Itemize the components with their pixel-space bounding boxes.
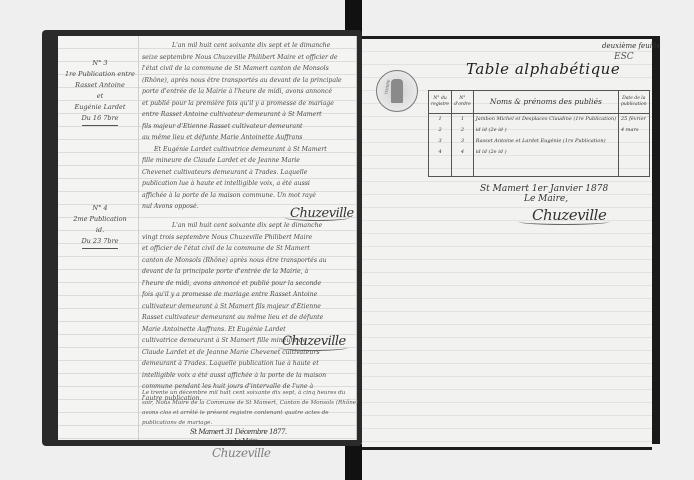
cell-date: 25 février: [619, 114, 650, 126]
text-line: Et Eugénie Lardet cultivatrice demeurant…: [142, 144, 350, 156]
publication-type: 1re Publication entre: [62, 69, 138, 80]
seal-figure: [391, 79, 403, 103]
publication-type: 2me Publication: [62, 214, 138, 225]
margin-rule: [138, 36, 139, 440]
text-line: porte d'entrée de la Mairie à l'heure de…: [142, 86, 350, 98]
empty-cell: [429, 158, 452, 177]
entry-number: N° 3: [62, 58, 138, 69]
text-line: seize septembre Nous Chuzeville Philiber…: [142, 52, 350, 64]
text-line: vingt trois septembre Nous Chuzeville Ph…: [142, 232, 350, 244]
text-line: fils majeur d'Etienne Rasset cultivateur…: [142, 121, 350, 133]
cell-date: 4 mars: [619, 125, 650, 136]
closing-place-date: St Mamert 31 Décembre 1877.: [190, 428, 287, 436]
text-line: L'an mil huit cent soixante dix sept et …: [142, 40, 350, 52]
cell-names: Rasset Antoine et Lardet Eugénie (1re Pu…: [473, 136, 618, 147]
text-line: l'état civil de la commune de St Mamert …: [142, 63, 350, 75]
cell-register-number: 3: [429, 136, 452, 147]
text-line: demeurant à Trades. Laquelle publication…: [142, 358, 350, 370]
text-line: et officier de l'état civil de la commun…: [142, 243, 350, 255]
cell-order-number: 2: [452, 125, 474, 136]
table-row-empty: [429, 158, 650, 177]
text-line: devant de la principale porte d'entrée d…: [142, 266, 350, 278]
closing-mayor-title: Le Maire,: [234, 438, 259, 445]
table-row: 3 3 Rasset Antoine et Lardet Eugénie (1r…: [429, 136, 650, 147]
text-line: Chevenet cultivateurs demeurant à Trades…: [142, 167, 350, 179]
cell-date: [619, 147, 650, 158]
alphabetical-index-table: N° du registre N° d'ordre Noms & prénoms…: [428, 90, 650, 177]
publication-date: Du 16 7bre: [62, 113, 138, 124]
header-register-number: N° du registre: [429, 91, 452, 114]
cell-register-number: 4: [429, 147, 452, 158]
bride-name: Eugénie Lardet: [62, 102, 138, 113]
text-line: l'heure de midi, avons annoncé et publié…: [142, 278, 350, 290]
text-line: cultivateur demeurant à St Mamert fils m…: [142, 301, 350, 313]
text-line: entre Rasset Antoine cultivateur demeura…: [142, 109, 350, 121]
empty-cell: [619, 158, 650, 177]
text-line: affichée à la porte de la maison commune…: [142, 190, 350, 202]
cell-names: id id (2e id ): [473, 125, 618, 136]
table-row: 2 2 id id (2e id ) 4 mars: [429, 125, 650, 136]
same-parties: id.: [62, 225, 138, 236]
tax-stamp-seal-icon: TIMBRE: [376, 70, 418, 112]
seal-label: TIMBRE: [384, 79, 391, 95]
divider: [82, 125, 118, 126]
index-place-date: St Mamert 1er Janvier 1878: [480, 184, 608, 194]
page-edge-shadow: [652, 36, 660, 444]
entry-number: N° 4: [62, 203, 138, 214]
register-closing-statement: Le trente un décembre mil huit cent soix…: [142, 388, 352, 428]
margin-note-entry-1: N° 3 1re Publication entre Rasset Antoin…: [62, 58, 138, 126]
header-names: Noms & prénoms des publiés: [473, 91, 618, 114]
empty-cell: [452, 158, 474, 177]
text-line: Le trente un décembre mil huit cent soix…: [142, 388, 352, 398]
signature-flourish: [278, 344, 348, 351]
binding-gutter-bottom: [345, 444, 362, 480]
entry-2-text: L'an mil huit cent soixante dix sept le …: [142, 220, 350, 404]
cell-register-number: 2: [429, 125, 452, 136]
text-line: au même lieu et défunte Marie Antoinette…: [142, 132, 350, 144]
publication-date: Du 23 7bre: [62, 236, 138, 247]
cell-order-number: 3: [452, 136, 474, 147]
closing-signature: Chuzeville: [212, 446, 270, 460]
divider: [82, 248, 118, 249]
header-order-number: N° d'ordre: [452, 91, 474, 114]
header-date: Date de la publication: [619, 91, 650, 114]
text-line: publication lue à haute et intelligible …: [142, 178, 350, 190]
text-line: (Rhône), après nous être transportés au …: [142, 75, 350, 87]
margin-note-entry-2: N° 4 2me Publication id. Du 23 7bre: [62, 203, 138, 249]
cell-date: [619, 136, 650, 147]
text-line: fille mineure de Claude Lardet et de Jea…: [142, 155, 350, 167]
entry-1-text: L'an mil huit cent soixante dix sept et …: [142, 40, 350, 213]
text-line: intelligible voix a été aussi affichée à…: [142, 370, 350, 382]
text-line: et publié pour la première fois qu'il y …: [142, 98, 350, 110]
empty-cell: [473, 158, 618, 177]
text-line: Rasset cultivateur demeurant au même lie…: [142, 312, 350, 324]
cell-names: id id (2e id ): [473, 147, 618, 158]
sheet-label: deuxième feuille: [602, 42, 661, 50]
text-line: publications de mariage.: [142, 418, 352, 428]
cell-names: Jambon Michel et Desplaces Claudine (1re…: [473, 114, 618, 126]
table-row: 1 1 Jambon Michel et Desplaces Claudine …: [429, 114, 650, 126]
cell-register-number: 1: [429, 114, 452, 126]
cell-order-number: 1: [452, 114, 474, 126]
page-title: Table alphabétique: [466, 60, 620, 78]
text-line: avons clos et arrêté le présent registre…: [142, 408, 352, 418]
index-mayor-title: Le Maire,: [524, 194, 568, 204]
conjunction: et: [62, 91, 138, 102]
text-line: soir, Nous Maire de la Commune de St Mam…: [142, 398, 352, 408]
cell-order-number: 4: [452, 147, 474, 158]
text-line: L'an mil huit cent soixante dix sept le …: [142, 220, 350, 232]
table-row: 4 4 id id (2e id ): [429, 147, 650, 158]
table-header-row: N° du registre N° d'ordre Noms & prénoms…: [429, 91, 650, 114]
groom-name: Rasset Antoine: [62, 80, 138, 91]
text-line: fois qu'il y a promesse de mariage entre…: [142, 289, 350, 301]
text-line: canton de Monsols (Rhône) après nous êtr…: [142, 255, 350, 267]
signature-flourish: [518, 218, 610, 225]
